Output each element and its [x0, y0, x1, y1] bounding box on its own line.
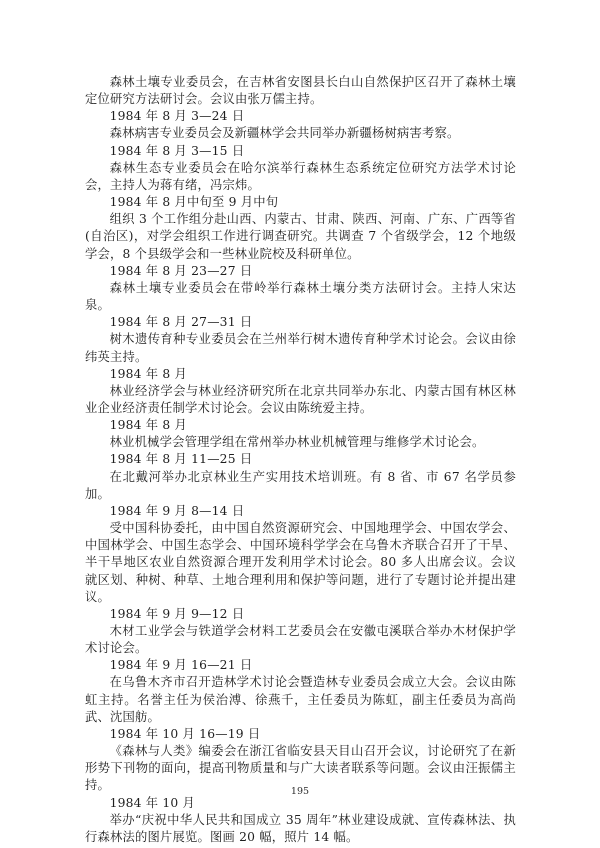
- event-entry-paragraph: 森林土壤专业委员会，在吉林省安图县长白山自然保护区召开了森林土壤定位研究方法研讨…: [85, 74, 516, 108]
- event-entry-paragraph: 组织 3 个工作组分赴山西、内蒙古、甘肃、陕西、河南、广东、广西等省(自治区)，…: [85, 211, 516, 262]
- page-number: 195: [0, 786, 600, 798]
- event-entry-paragraph: 森林生态专业委员会在哈尔滨举行森林生态系统定位研究方法学术讨论会，主持人为蒋有绪…: [85, 160, 516, 194]
- event-date-line: 1984 年 8 月 27—31 日: [85, 314, 516, 331]
- event-date-line: 1984 年 9 月 9—12 日: [85, 606, 516, 623]
- page-text-block: 森林土壤专业委员会，在吉林省安图县长白山自然保护区召开了森林土壤定位研究方法研讨…: [85, 74, 516, 846]
- event-date-line: 1984 年 8 月: [85, 366, 516, 383]
- event-date-line: 1984 年 8 月 23—27 日: [85, 263, 516, 280]
- event-entry-paragraph: 树木遗传育种专业委员会在兰州举行树木遗传育种学术讨论会。会议由徐纬英主持。: [85, 331, 516, 365]
- event-entry-paragraph: 举办“庆祝中华人民共和国成立 35 周年”林业建设成就、宣传森林法、执行森林法的…: [85, 812, 516, 846]
- event-date-line: 1984 年 8 月中旬至 9 月中旬: [85, 194, 516, 211]
- event-date-line: 1984 年 8 月 11—25 日: [85, 451, 516, 468]
- event-date-line: 1984 年 9 月 16—21 日: [85, 657, 516, 674]
- event-entry-paragraph: 木材工业学会与铁道学会材料工艺委员会在安徽屯溪联合举办木材保护学术讨论会。: [85, 623, 516, 657]
- event-entry-paragraph: 在乌鲁木齐市召开造林学术讨论会暨造林专业委员会成立大会。会议由陈虹主持。名誉主任…: [85, 674, 516, 725]
- event-date-line: 1984 年 8 月: [85, 417, 516, 434]
- event-entry-paragraph: 森林土壤专业委员会在带岭举行森林土壤分类方法研讨会。主持人宋达泉。: [85, 280, 516, 314]
- event-entry-paragraph: 受中国科协委托，由中国自然资源研究会、中国地理学会、中国农学会、中国林学会、中国…: [85, 520, 516, 606]
- event-entry-paragraph: 林业经济学会与林业经济研究所在北京共同举办东北、内蒙古国有林区林业企业经济责任制…: [85, 383, 516, 417]
- event-date-line: 1984 年 8 月 3—24 日: [85, 108, 516, 125]
- document-page: 森林土壤专业委员会，在吉林省安图县长白山自然保护区召开了森林土壤定位研究方法研讨…: [0, 0, 600, 848]
- event-date-line: 1984 年 9 月 8—14 日: [85, 503, 516, 520]
- event-date-line: 1984 年 8 月 3—15 日: [85, 143, 516, 160]
- event-entry-paragraph: 林业机械学会管理学组在常州举办林业机械管理与维修学术讨论会。: [85, 434, 516, 451]
- event-entry-paragraph: 森林病害专业委员会及新疆林学会共同举办新疆杨树病害考察。: [85, 125, 516, 142]
- event-date-line: 1984 年 10 月 16—19 日: [85, 726, 516, 743]
- event-entry-paragraph: 在北戴河举办北京林业生产实用技术培训班。有 8 省、市 67 名学员参加。: [85, 469, 516, 503]
